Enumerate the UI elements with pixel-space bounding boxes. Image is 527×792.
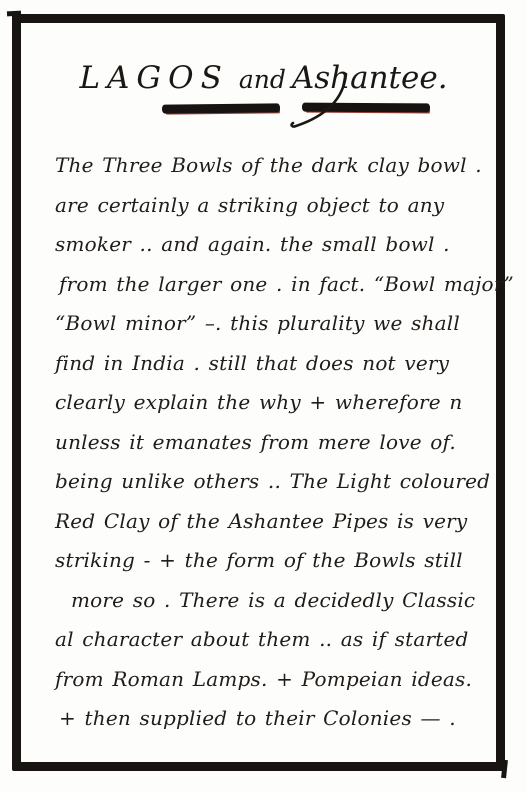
page-title: LAGOSandAshantee.	[0, 60, 527, 96]
handwritten-line: find in India . still that does not very	[55, 344, 495, 384]
handwritten-line: Red Clay of the Ashantee Pipes is very	[55, 502, 495, 542]
title-flourish-stroke	[282, 72, 354, 134]
handwritten-line: from the larger one . in fact. “Bowl maj…	[55, 265, 495, 305]
handwritten-line: smoker .. and again. the small bowl .	[55, 225, 495, 265]
handwritten-line: clearly explain the why + wherefore n	[55, 383, 495, 423]
handwritten-line: more so . There is a decidedly Classic	[55, 581, 495, 621]
handwritten-line: being unlike others .. The Light coloure…	[55, 462, 495, 502]
handwritten-line: striking - + the form of the Bowls still	[55, 541, 495, 581]
handwritten-line: are certainly a striking object to any	[55, 186, 495, 226]
title-word-and: and	[239, 65, 286, 94]
document-body: The Three Bowls of the dark clay bowl . …	[55, 146, 495, 739]
title-word-lagos: LAGOS	[79, 60, 228, 96]
handwritten-line: The Three Bowls of the dark clay bowl .	[55, 146, 495, 186]
handwritten-line: unless it emanates from mere love of.	[55, 423, 495, 463]
handwritten-line: from Roman Lamps. + Pompeian ideas.	[55, 660, 495, 700]
title-underline-left	[162, 103, 280, 113]
handwritten-line: + then supplied to their Colonies — .	[55, 699, 495, 739]
handwritten-line: al character about them .. as if started	[55, 620, 495, 660]
document-page: LAGOSandAshantee. The Three Bowls of the…	[0, 0, 527, 792]
handwritten-line: “Bowl minor” –. this plurality we shall	[55, 304, 495, 344]
